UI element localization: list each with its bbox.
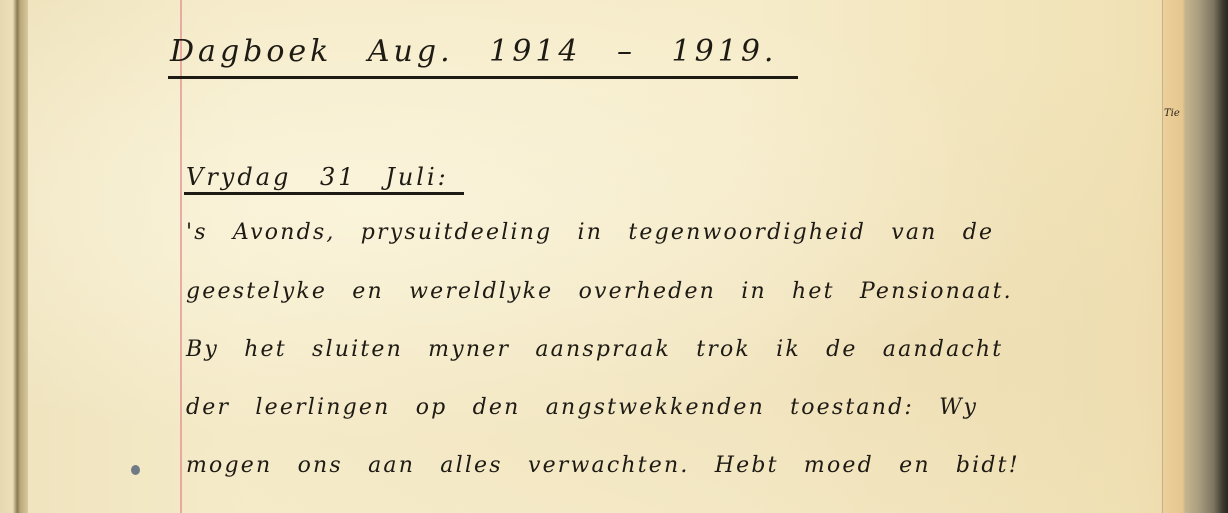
entry-date-heading: Vrydag 31 Juli: (186, 163, 449, 191)
date-underline (184, 192, 464, 195)
entry-line-2: geestelyke en wereldlyke overheden in he… (186, 279, 1013, 304)
diary-title: Dagboek Aug. 1914 – 1919. (170, 34, 777, 69)
diary-page: Tie Dagboek Aug. 1914 – 1919. Vrydag 31 … (0, 0, 1228, 513)
edge-mark: Tie (1164, 108, 1180, 119)
entry-line-3: By het sluiten myner aanspraak trok ik d… (186, 337, 1003, 362)
page-edge-right (1163, 0, 1228, 513)
entry-line-5: mogen ons aan alles verwachten. Hebt moe… (186, 453, 1020, 478)
title-underline (168, 76, 798, 79)
ink-blot (131, 465, 140, 475)
book-binding-left (0, 0, 28, 513)
entry-line-1: 's Avonds, prysuitdeeling in tegenwoordi… (186, 220, 994, 245)
entry-line-4: der leerlingen op den angstwekkenden toe… (186, 395, 978, 420)
